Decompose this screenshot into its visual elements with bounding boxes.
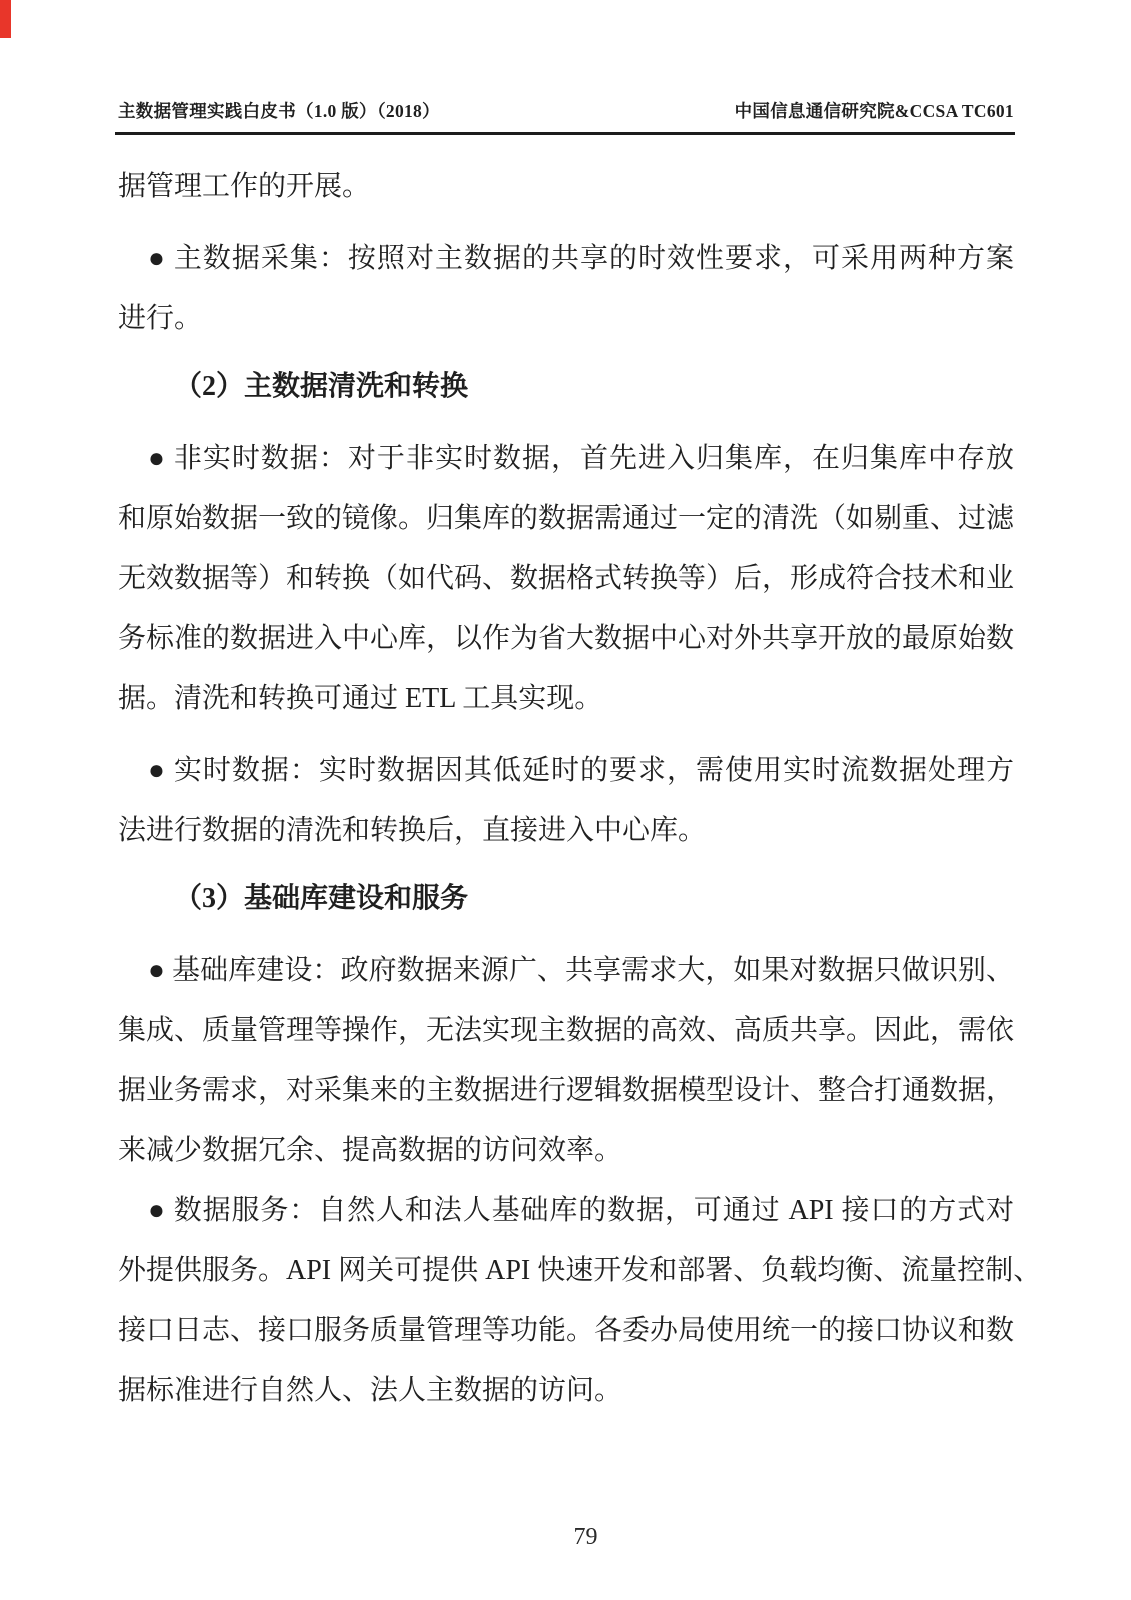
bullet-line: ● 基础库建设：政府数据来源广、共享需求大，如果对数据只做识别、: [118, 941, 1014, 1001]
bullet-line: ● 数据服务：自然人和法人基础库的数据，可通过 API 接口的方式对: [118, 1181, 1014, 1241]
page-header: 主数据管理实践白皮书（1.0 版）（2018） 中国信息通信研究院&CCSA T…: [118, 98, 1014, 123]
header-left-title: 主数据管理实践白皮书（1.0 版）（2018）: [118, 98, 440, 123]
document-body: 据管理工作的开展。 ● 主数据采集：按照对主数据的共享的时效性要求，可采用两种方…: [118, 157, 1014, 1421]
body-text-line: 务标准的数据进入中心库，以作为省大数据中心对外共享开放的最原始数: [118, 609, 1014, 669]
section-heading-3: （3）基础库建设和服务: [118, 869, 1014, 929]
bullet-line: ● 实时数据：实时数据因其低延时的要求，需使用实时流数据处理方: [118, 741, 1014, 801]
bullet-line: ● 非实时数据：对于非实时数据，首先进入归集库，在归集库中存放: [118, 429, 1014, 489]
body-text-line: 外提供服务。API 网关可提供 API 快速开发和部署、负载均衡、流量控制、: [118, 1241, 1014, 1301]
corner-mark: [0, 0, 11, 38]
body-text-line: 接口日志、接口服务质量管理等功能。各委办局使用统一的接口协议和数: [118, 1301, 1014, 1361]
header-right-title: 中国信息通信研究院&CCSA TC601: [735, 98, 1014, 123]
body-text-line: 据。清洗和转换可通过 ETL 工具实现。: [118, 669, 1014, 729]
page-number: 79: [574, 1524, 598, 1550]
page-footer: 79: [0, 1524, 1131, 1551]
section-heading-2: （2）主数据清洗和转换: [118, 357, 1014, 417]
header-rule: [115, 132, 1015, 135]
body-text-line: 和原始数据一致的镜像。归集库的数据需通过一定的清洗（如剔重、过滤: [118, 489, 1014, 549]
body-text-line: 据管理工作的开展。: [118, 157, 1014, 217]
body-text-line: 据标准进行自然人、法人主数据的访问。: [118, 1361, 1014, 1421]
document-page: 主数据管理实践白皮书（1.0 版）（2018） 中国信息通信研究院&CCSA T…: [0, 0, 1131, 1600]
body-text-line: 无效数据等）和转换（如代码、数据格式转换等）后，形成符合技术和业: [118, 549, 1014, 609]
body-text-line: 进行。: [118, 289, 1014, 349]
body-text-line: 据业务需求，对采集来的主数据进行逻辑数据模型设计、整合打通数据，: [118, 1061, 1014, 1121]
body-text-line: 来减少数据冗余、提高数据的访问效率。: [118, 1121, 1014, 1181]
bullet-line: ● 主数据采集：按照对主数据的共享的时效性要求，可采用两种方案: [118, 229, 1014, 289]
body-text-line: 集成、质量管理等操作，无法实现主数据的高效、高质共享。因此，需依: [118, 1001, 1014, 1061]
body-text-line: 法进行数据的清洗和转换后，直接进入中心库。: [118, 801, 1014, 861]
